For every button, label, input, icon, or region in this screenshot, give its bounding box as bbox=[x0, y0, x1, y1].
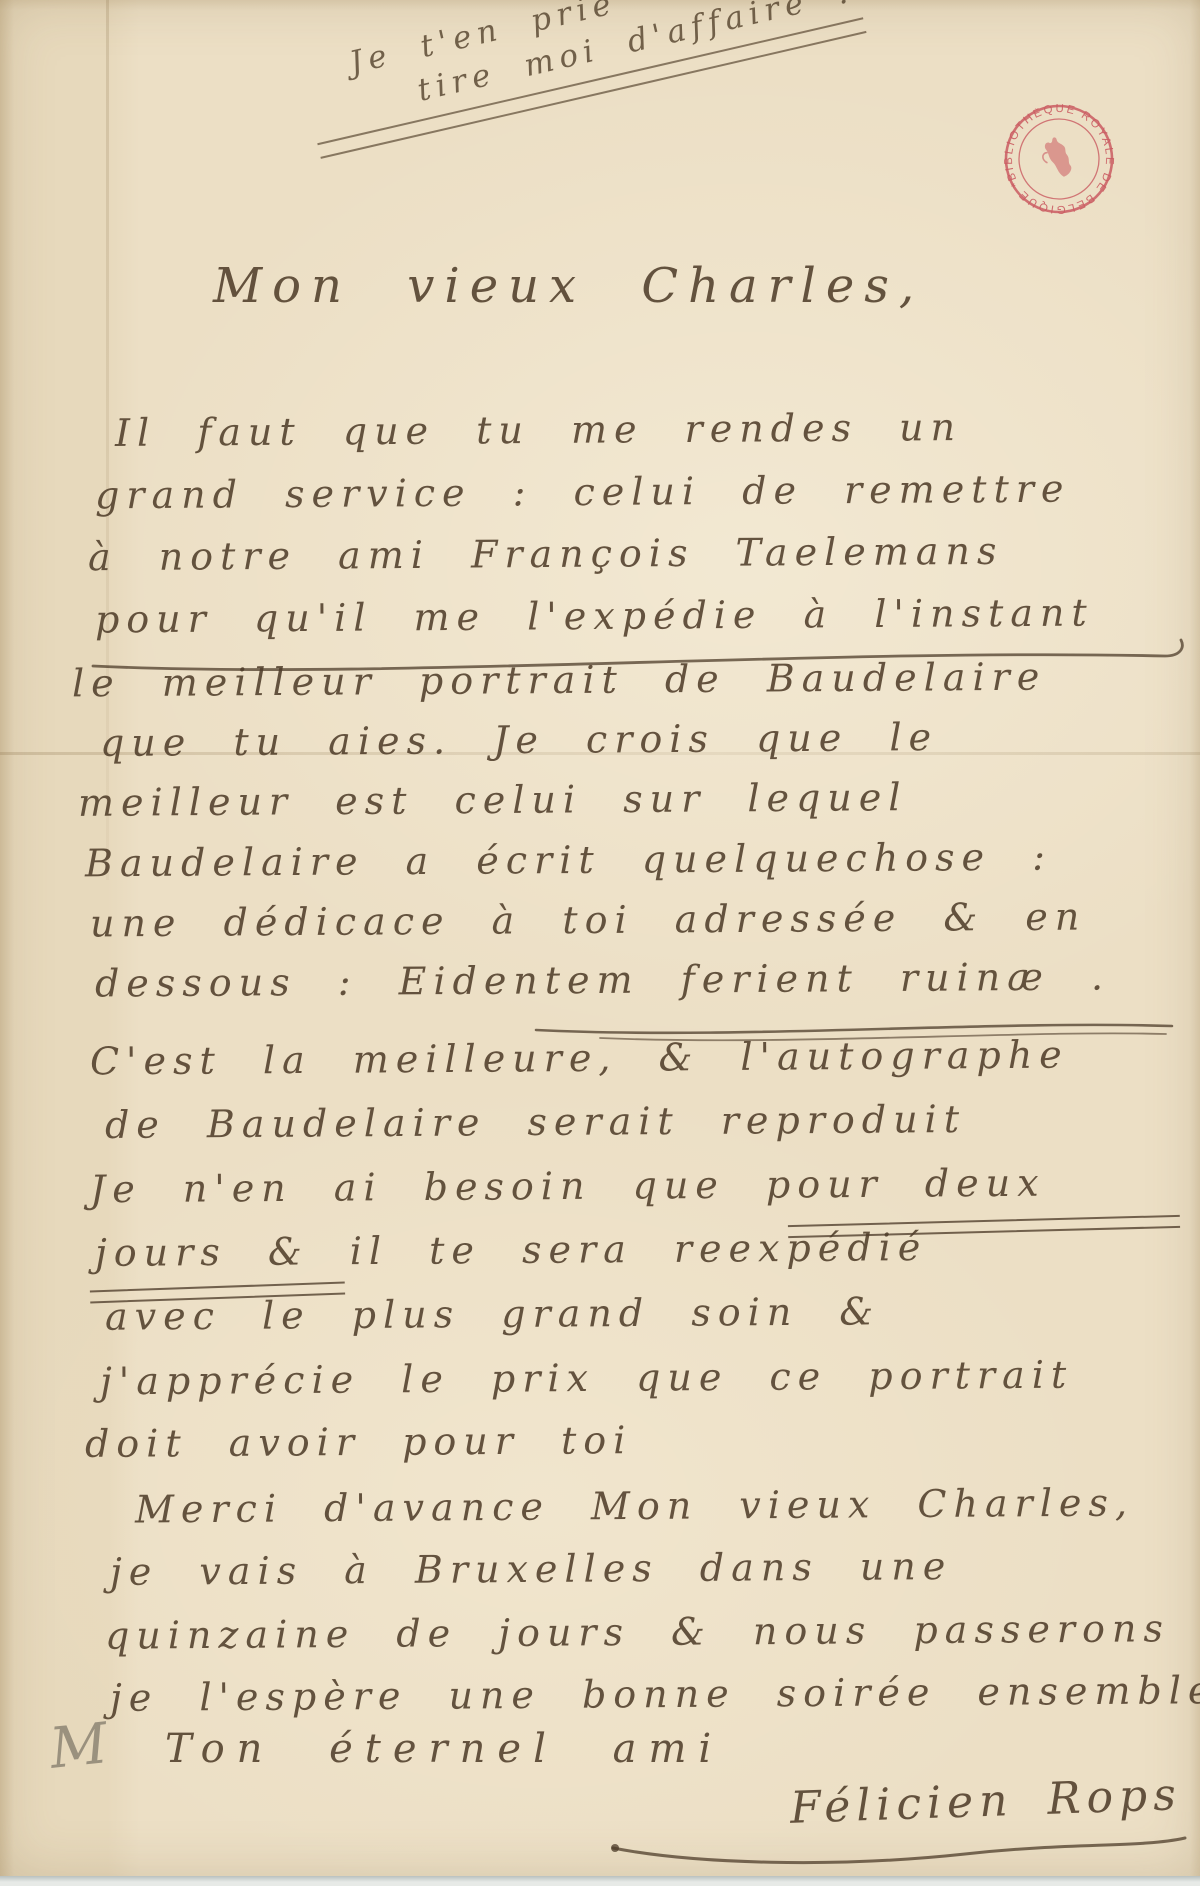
salutation: Mon vieux Charles, bbox=[213, 258, 924, 314]
signature: Félicien Rops bbox=[789, 1769, 1182, 1834]
letter-line: quinzaine de jours & nous passerons bbox=[105, 1606, 1170, 1657]
letter-paper: Je t'en prie tire moi d'affaire !! BIBLI… bbox=[0, 0, 1200, 1876]
underline-pour-deux bbox=[788, 1215, 1180, 1238]
letter-line: Je n'en ai besoin que pour deux bbox=[90, 1161, 1046, 1212]
letter-line: Merci d'avance Mon vieux Charles, bbox=[135, 1481, 1134, 1532]
library-stamp: BIBLIOTHÈQUE ROYALE DE BELGIQUE * bbox=[983, 83, 1134, 234]
top-margin-note: Je t'en prie tire moi d'affaire !! bbox=[278, 0, 883, 163]
letter-line: de Baudelaire serait reproduit bbox=[105, 1097, 966, 1147]
underline-eidentem bbox=[530, 1008, 1180, 1044]
letter-line: je vais à Bruxelles dans une bbox=[110, 1544, 953, 1594]
signature-flourish bbox=[605, 1832, 1195, 1872]
letter-line: à notre ami François Taelemans bbox=[88, 529, 1004, 579]
letter-line: je l'espère une bonne soirée ensemble. bbox=[110, 1668, 1200, 1720]
closing: Ton éternel ami bbox=[165, 1726, 723, 1772]
letter-line: Il faut que tu me rendes un bbox=[115, 405, 962, 455]
underline-instant bbox=[85, 630, 1195, 680]
letter-line: Baudelaire a écrit quelquechose : bbox=[85, 835, 1052, 886]
letter-line: meilleur est celui sur lequel bbox=[78, 775, 908, 825]
scan-background-strip bbox=[0, 1876, 1200, 1886]
letter-line: grand service : celui de remettre bbox=[95, 467, 1071, 518]
letter-line: que tu aies. Je crois que le bbox=[100, 715, 938, 765]
letter-line: doit avoir pour toi bbox=[85, 1418, 633, 1466]
margin-pencil-mark: M bbox=[47, 1711, 111, 1782]
letter-line: une dédicace à toi adressée & en bbox=[90, 895, 1087, 946]
scanned-letter-page: Je t'en prie tire moi d'affaire !! BIBLI… bbox=[0, 0, 1200, 1886]
lion-icon bbox=[1037, 135, 1077, 181]
letter-line: dessous : Eidentem ferient ruinæ . bbox=[95, 954, 1110, 1005]
letter-line: j'apprécie le prix que ce portrait bbox=[100, 1353, 1073, 1404]
